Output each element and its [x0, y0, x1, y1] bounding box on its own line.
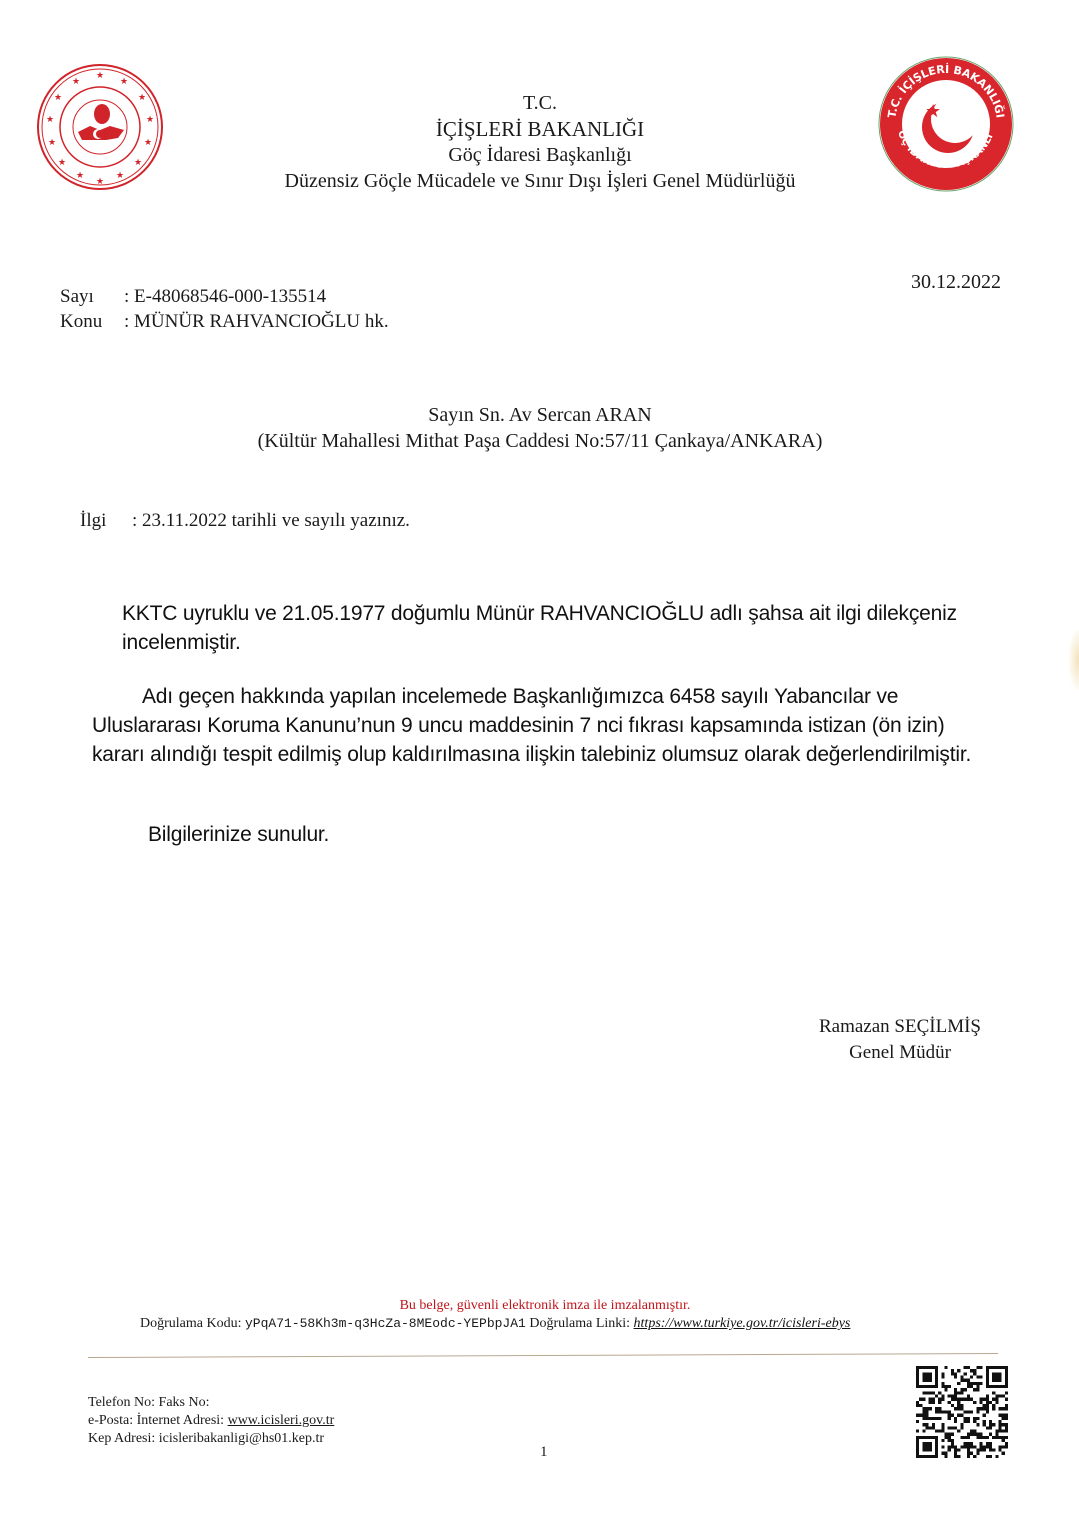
migration-presidency-emblem-icon: T.C. İÇİŞLERİ BAKANLIĞI GÖÇ İDARESİ BAŞK… — [877, 55, 1015, 193]
reference-line: İlgi: 23.11.2022 tarihli ve sayılı yazın… — [80, 510, 410, 532]
konu-value: : MÜNÜR RAHVANCIOĞLU hk. — [124, 311, 389, 332]
reference-value: : 23.11.2022 tarihli ve sayılı yazınız. — [132, 510, 410, 531]
ministry-seal-icon: ★ ★ ★ ★ ★ ★ ★ ★ ★ ★ ★ ★ ★ ★ — [36, 60, 164, 194]
svg-text:★: ★ — [96, 71, 104, 81]
header-ministry: İÇİŞLERİ BAKANLIĞI — [200, 116, 880, 142]
paragraph-1-text: KKTC uyruklu ve 21.05.1977 doğumlu Münür… — [122, 602, 957, 654]
svg-text:★: ★ — [120, 77, 128, 87]
email-web-line: e-Posta: İnternet Adresi: www.icisleri.g… — [88, 1412, 334, 1430]
scan-edge-artifact — [1069, 630, 1079, 690]
body-paragraph-1: KKTC uyruklu ve 21.05.1977 doğumlu Münür… — [92, 599, 1037, 657]
closing-line: Bilgilerinize sunulur. — [148, 820, 329, 849]
verify-link-label: Doğrulama Linki: — [529, 1316, 630, 1331]
recipient-name: Sayın Sn. Av Sercan ARAN — [180, 402, 900, 428]
sayi-label: Sayı — [60, 286, 124, 308]
header-presidency: Göç İdaresi Başkanlığı — [200, 142, 880, 168]
document-subject: Konu: MÜNÜR RAHVANCIOĞLU hk. — [60, 311, 389, 333]
svg-text:★: ★ — [116, 171, 124, 181]
svg-text:★: ★ — [46, 115, 54, 125]
document-date: 30.12.2022 — [911, 271, 1001, 294]
svg-text:★: ★ — [72, 77, 80, 87]
esignature-note: Bu belge, güvenli elektronik imza ile im… — [130, 1298, 960, 1314]
kep-label: Kep Adresi: — [88, 1431, 155, 1446]
svg-text:★: ★ — [925, 101, 941, 122]
svg-text:★: ★ — [146, 115, 154, 125]
body-paragraph-2: Adı geçen hakkında yapılan incelemede Ba… — [92, 682, 987, 769]
document-number: Sayı: E-48068546-000-135514 — [60, 286, 326, 308]
kep-line: Kep Adresi: icisleribakanligi@hs01.kep.t… — [88, 1430, 334, 1448]
qr-code-icon — [916, 1366, 1008, 1458]
signature-block: Ramazan SEÇİLMİŞ Genel Müdür — [790, 1014, 1010, 1066]
svg-text:★: ★ — [96, 177, 104, 187]
verify-code: yPqA71-58Kh3m-q3HcZa-8MEodc-YEPbpJA1 — [245, 1316, 526, 1331]
verify-code-label: Doğrulama Kodu: — [140, 1316, 241, 1331]
svg-text:★: ★ — [48, 138, 56, 148]
sayi-value: : E-48068546-000-135514 — [124, 286, 326, 307]
website-link[interactable]: www.icisleri.gov.tr — [228, 1413, 335, 1428]
recipient-address: (Kültür Mahallesi Mithat Paşa Caddesi No… — [180, 428, 900, 454]
svg-text:★: ★ — [134, 158, 142, 168]
konu-label: Konu — [60, 311, 124, 333]
email-web-label: e-Posta: İnternet Adresi: — [88, 1413, 224, 1428]
header-directorate: Düzensiz Göçle Mücadele ve Sınır Dışı İş… — [200, 168, 880, 194]
contact-info: Telefon No: Faks No: e-Posta: İnternet A… — [88, 1394, 334, 1448]
svg-text:★: ★ — [144, 138, 152, 148]
signatory-name: Ramazan SEÇİLMİŞ — [790, 1014, 1010, 1040]
kep-value: icisleribakanligi@hs01.kep.tr — [159, 1431, 324, 1446]
signatory-title: Genel Müdür — [790, 1040, 1010, 1066]
header-tc: T.C. — [200, 90, 880, 116]
footer-divider — [88, 1353, 998, 1358]
svg-text:★: ★ — [54, 93, 62, 103]
verification-line: Doğrulama Kodu: yPqA71-58Kh3m-q3HcZa-8ME… — [140, 1316, 850, 1332]
verify-link[interactable]: https://www.turkiye.gov.tr/icisleri-ebys — [634, 1316, 851, 1331]
recipient-block: Sayın Sn. Av Sercan ARAN (Kültür Mahalle… — [180, 402, 900, 454]
reference-label: İlgi — [80, 510, 132, 532]
svg-text:★: ★ — [76, 171, 84, 181]
paragraph-2-text: Adı geçen hakkında yapılan incelemede Ba… — [92, 685, 971, 766]
letterhead: T.C. İÇİŞLERİ BAKANLIĞI Göç İdaresi Başk… — [200, 90, 880, 194]
page-number: 1 — [540, 1444, 548, 1461]
svg-text:★: ★ — [58, 158, 66, 168]
phone-fax-line: Telefon No: Faks No: — [88, 1394, 334, 1412]
svg-text:★: ★ — [138, 93, 146, 103]
